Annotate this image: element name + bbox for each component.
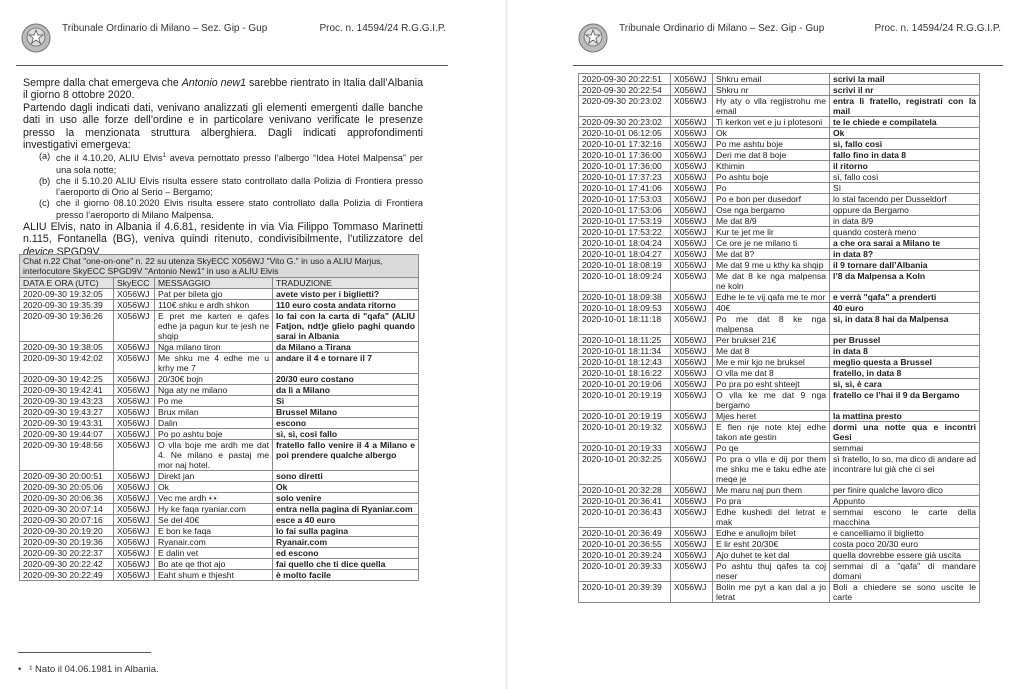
skyecc-id-cell: X056WJ [671, 161, 713, 172]
table-row: 2020-09-30 19:38:05X056WJNga milano tiro… [20, 342, 419, 353]
timestamp-cell: 2020-09-30 19:36:26 [20, 311, 114, 342]
table-row: 2020-10-01 18:12:43X056WJMe e mir kjo ne… [579, 357, 980, 368]
skyecc-id-cell: X056WJ [114, 440, 155, 471]
skyecc-id-cell: X056WJ [671, 411, 713, 422]
translation-cell: e verrà "qafa" a prenderti [830, 292, 980, 303]
table-row: 2020-10-01 18:09:38X056WJEdhe le te vij … [579, 292, 980, 303]
timestamp-cell: 2020-10-01 20:19:33 [579, 443, 671, 454]
italian-republic-emblem-icon [577, 22, 609, 54]
message-cell: Bo ate qe thot ajo [155, 559, 273, 570]
skyecc-id-cell: X056WJ [114, 537, 155, 548]
timestamp-cell: 2020-09-30 19:48:56 [20, 440, 114, 471]
table-row: 2020-10-01 18:11:18X056WJPo me dat 8 ke … [579, 314, 980, 335]
translation-cell: il ritorno [830, 161, 980, 172]
timestamp-cell: 2020-09-30 20:00:51 [20, 471, 114, 482]
timestamp-cell: 2020-10-01 20:19:32 [579, 422, 671, 443]
message-cell: Po pra po esht shteejt [713, 379, 830, 390]
table-header-row: DATA E ORA (UTC) SkyECC MESSAGGIO TRADUZ… [20, 278, 419, 289]
skyecc-id-cell: X056WJ [671, 314, 713, 335]
timestamp-cell: 2020-10-01 18:11:25 [579, 335, 671, 346]
message-cell: Edhe kushedi del letrat e mak [713, 507, 830, 528]
skyecc-id-cell: X056WJ [671, 368, 713, 379]
message-cell: 40€ [713, 303, 830, 314]
skyecc-id-cell: X056WJ [671, 507, 713, 528]
table-caption: Chat n.22 Chat "one-on-one" n. 22 su ute… [20, 255, 419, 278]
table-row: 2020-10-01 18:11:25X056WJPer bruksel 21€… [579, 335, 980, 346]
court-name: Tribunale Ordinario di Milano – Sez. Gip… [62, 23, 267, 34]
translation-cell: dormi una notte qua e incontri Gesi [830, 422, 980, 443]
timestamp-cell: 2020-10-01 06:12:05 [579, 128, 671, 139]
table-row: 2020-10-01 20:39:33X056WJPo ashtu thuj q… [579, 561, 980, 582]
timestamp-cell: 2020-10-01 20:32:28 [579, 485, 671, 496]
table-row: 2020-10-01 20:39:24X056WJAjo duhet te ke… [579, 550, 980, 561]
message-cell: Hy aty o vlla regjistrohu me email [713, 96, 830, 117]
table-row: 2020-09-30 20:22:37X056WJE dalin veted e… [20, 548, 419, 559]
list-item: (b)che il 5.10.20 ALIU Elvis risulta ess… [23, 176, 423, 198]
message-cell: Ok [713, 128, 830, 139]
message-cell: Hy ke faqa ryaniar.com [155, 504, 273, 515]
timestamp-cell: 2020-10-01 18:04:24 [579, 238, 671, 249]
timestamp-cell: 2020-09-30 19:35:39 [20, 300, 114, 311]
translation-cell: in data 8/9 [830, 216, 980, 227]
message-cell: O vlla boje me ardh me dat 4. Ne milano … [155, 440, 273, 471]
table-row: 2020-10-01 20:19:32X056WJE flen nje note… [579, 422, 980, 443]
timestamp-cell: 2020-10-01 17:36:00 [579, 150, 671, 161]
translation-cell: Ryanair.com [273, 537, 419, 548]
timestamp-cell: 2020-09-30 20:07:16 [20, 515, 114, 526]
court-name: Tribunale Ordinario di Milano – Sez. Gip… [619, 23, 824, 34]
skyecc-id-cell: X056WJ [114, 570, 155, 581]
skyecc-id-cell: X056WJ [671, 390, 713, 411]
skyecc-id-cell: X056WJ [671, 582, 713, 603]
skyecc-id-cell: X056WJ [671, 150, 713, 161]
timestamp-cell: 2020-09-30 19:43:27 [20, 407, 114, 418]
skyecc-id-cell: X056WJ [671, 249, 713, 260]
message-cell: Me maru naj pun them [713, 485, 830, 496]
table-row: 2020-10-01 18:11:34X056WJMe dat 8in data… [579, 346, 980, 357]
skyecc-id-cell: X056WJ [671, 139, 713, 150]
timestamp-cell: 2020-10-01 18:12:43 [579, 357, 671, 368]
translation-cell: scrivi il nr [830, 85, 980, 96]
table-row: 2020-09-30 20:19:20X056WJE bon ke faqalo… [20, 526, 419, 537]
message-cell: E lir esht 20/30€ [713, 539, 830, 550]
message-cell: Po me dat 8 ke nga malpensa [713, 314, 830, 335]
table-row: 2020-10-01 20:19:19X056WJMjes heretla ma… [579, 411, 980, 422]
translation-cell: quella dovrebbe essere già uscita [830, 550, 980, 561]
message-cell: Po qe [713, 443, 830, 454]
table-row: 2020-09-30 20:22:54X056WJShkru nrscrivi … [579, 85, 980, 96]
message-cell: Edhe le te vij qafa me te mor [713, 292, 830, 303]
table-row: 2020-10-01 20:19:19X056WJO vlla ke me da… [579, 390, 980, 411]
skyecc-id-cell: X056WJ [114, 300, 155, 311]
translation-cell: Sì [273, 396, 419, 407]
table-row: 2020-10-01 20:32:28X056WJMe maru naj pun… [579, 485, 980, 496]
timestamp-cell: 2020-10-01 18:09:24 [579, 271, 671, 292]
timestamp-cell: 2020-10-01 20:32:25 [579, 454, 671, 485]
page-header: Tribunale Ordinario di Milano – Sez. Gip… [16, 18, 448, 68]
column-header: MESSAGGIO [155, 278, 273, 289]
message-cell: Me shku me 4 edhe me u krhy me 7 [155, 353, 273, 374]
timestamp-cell: 2020-09-30 19:32:05 [20, 289, 114, 300]
table-row: 2020-09-30 20:22:42X056WJBo ate qe thot … [20, 559, 419, 570]
translation-cell: sì fratello, lo so, ma dico di andare ad… [830, 454, 980, 485]
timestamp-cell: 2020-09-30 19:42:41 [20, 385, 114, 396]
table-row: 2020-09-30 20:23:02X056WJHy aty o vlla r… [579, 96, 980, 117]
skyecc-id-cell: X056WJ [671, 561, 713, 582]
timestamp-cell: 2020-10-01 20:19:19 [579, 390, 671, 411]
timestamp-cell: 2020-10-01 20:36:41 [579, 496, 671, 507]
translation-cell: per finire qualche lavoro dico [830, 485, 980, 496]
table-row: 2020-10-01 17:53:03X056WJPo e bon per du… [579, 194, 980, 205]
proceeding-number: Proc. n. 14594/24 R.G.G.I.P. [319, 23, 446, 34]
timestamp-cell: 2020-09-30 19:38:05 [20, 342, 114, 353]
table-row: 2020-09-30 19:43:31X056WJDalinescono [20, 418, 419, 429]
translation-cell: semmai [830, 443, 980, 454]
skyecc-id-cell: X056WJ [114, 353, 155, 374]
message-cell: Po me [155, 396, 273, 407]
timestamp-cell: 2020-09-30 20:22:49 [20, 570, 114, 581]
table-row: 2020-10-01 18:09:53X056WJ40€40 euro [579, 303, 980, 314]
column-header: TRADUZIONE [273, 278, 419, 289]
table-row: 2020-09-30 20:05:06X056WJOkOk [20, 482, 419, 493]
timestamp-cell: 2020-09-30 19:42:02 [20, 353, 114, 374]
translation-cell: semmai escono le carte della macchina [830, 507, 980, 528]
timestamp-cell: 2020-10-01 18:04:27 [579, 249, 671, 260]
timestamp-cell: 2020-10-01 17:53:06 [579, 205, 671, 216]
message-cell: Me dat 8? [713, 249, 830, 260]
skyecc-id-cell: X056WJ [114, 548, 155, 559]
translation-cell: entra lì fratello, registrati con la mai… [830, 96, 980, 117]
skyecc-id-cell: X056WJ [671, 183, 713, 194]
message-cell: Me dat 8 [713, 346, 830, 357]
message-cell: Bolin me pyt a kan dal a jo letrat [713, 582, 830, 603]
list-item: (a)che il 4.10.20, ALIU Elvis1 aveva per… [23, 151, 423, 175]
translation-cell: sono diretti [273, 471, 419, 482]
table-row: 2020-09-30 19:36:26X056WJE pret me karte… [20, 311, 419, 342]
skyecc-id-cell: X056WJ [114, 482, 155, 493]
table-row: 2020-10-01 17:36:00X056WJKthiminil ritor… [579, 161, 980, 172]
table-row: 2020-09-30 19:42:41X056WJNga aty ne mila… [20, 385, 419, 396]
translation-cell: scrivi la mail [830, 74, 980, 85]
translation-cell: l’8 da Malpensa a Koln [830, 271, 980, 292]
translation-cell: avete visto per i biglietti? [273, 289, 419, 300]
table-row: 2020-09-30 19:35:39X056WJ110€ shku e ard… [20, 300, 419, 311]
timestamp-cell: 2020-10-01 18:11:18 [579, 314, 671, 335]
translation-cell: sì, in data 8 hai da Malpensa [830, 314, 980, 335]
table-row: 2020-09-30 20:19:36X056WJRyanair.comRyan… [20, 537, 419, 548]
timestamp-cell: 2020-10-01 20:19:19 [579, 411, 671, 422]
table-row: 2020-10-01 17:36:00X056WJDeri me dat 8 b… [579, 150, 980, 161]
skyecc-id-cell: X056WJ [671, 528, 713, 539]
table-row: 2020-10-01 18:04:27X056WJMe dat 8?in dat… [579, 249, 980, 260]
timestamp-cell: 2020-10-01 17:37:23 [579, 172, 671, 183]
table-row: 2020-10-01 17:41:06X056WJPoSì [579, 183, 980, 194]
skyecc-id-cell: X056WJ [114, 493, 155, 504]
message-cell: Kur te jet me lir [713, 227, 830, 238]
translation-cell: Sì [830, 183, 980, 194]
message-cell: Ose nga bergamo [713, 205, 830, 216]
timestamp-cell: 2020-10-01 20:19:06 [579, 379, 671, 390]
translation-cell: la mattina presto [830, 411, 980, 422]
table-row: 2020-10-01 20:19:06X056WJPo pra po esht … [579, 379, 980, 390]
page-header: Tribunale Ordinario di Milano – Sez. Gip… [573, 18, 1003, 68]
message-cell: Mjes heret [713, 411, 830, 422]
timestamp-cell: 2020-09-30 20:22:42 [20, 559, 114, 570]
skyecc-id-cell: X056WJ [114, 374, 155, 385]
translation-cell: Boli a chiedere se sono uscite le carte [830, 582, 980, 603]
translation-cell: escono [273, 418, 419, 429]
translation-cell: a che ora sarai a Milano te [830, 238, 980, 249]
message-cell: Ce ore je ne milano ti [713, 238, 830, 249]
timestamp-cell: 2020-09-30 20:06:36 [20, 493, 114, 504]
timestamp-cell: 2020-10-01 17:53:22 [579, 227, 671, 238]
table-row: 2020-10-01 17:53:19X056WJMe dat 8/9in da… [579, 216, 980, 227]
skyecc-id-cell: X056WJ [671, 346, 713, 357]
table-row: 2020-10-01 18:16:22X056WJO vlla me dat 8… [579, 368, 980, 379]
skyecc-id-cell: X056WJ [671, 335, 713, 346]
timestamp-cell: 2020-09-30 20:23:02 [579, 117, 671, 128]
message-cell: Me dat 9 me u kthy ka shqip [713, 260, 830, 271]
paragraph-3: ALIU Elvis, nato in Albania il 4.6.81, r… [23, 221, 423, 258]
translation-cell: fai quello che ti dice quella [273, 559, 419, 570]
timestamp-cell: 2020-09-30 20:22:51 [579, 74, 671, 85]
message-cell: Po po ashtu boje [155, 429, 273, 440]
timestamp-cell: 2020-10-01 18:09:53 [579, 303, 671, 314]
table-row: 2020-09-30 19:48:56X056WJO vlla boje me … [20, 440, 419, 471]
findings-list: (a)che il 4.10.20, ALIU Elvis1 aveva per… [23, 151, 423, 220]
translation-cell: esce a 40 euro [273, 515, 419, 526]
skyecc-id-cell: X056WJ [114, 407, 155, 418]
translation-cell: fratello, in data 8 [830, 368, 980, 379]
skyecc-id-cell: X056WJ [671, 216, 713, 227]
message-cell: Po me ashtu boje [713, 139, 830, 150]
column-header: DATA E ORA (UTC) [20, 278, 114, 289]
skyecc-id-cell: X056WJ [671, 85, 713, 96]
message-cell: Po pra [713, 496, 830, 507]
translation-cell: entra nella pagina di Ryaniar.com [273, 504, 419, 515]
table-row: 2020-10-01 18:08:19X056WJMe dat 9 me u k… [579, 260, 980, 271]
timestamp-cell: 2020-09-30 20:22:37 [20, 548, 114, 559]
translation-cell: sì, sì, così fallo [273, 429, 419, 440]
chat-table-left: Chat n.22 Chat "one-on-one" n. 22 su ute… [19, 254, 419, 581]
table-row: 2020-10-01 20:36:41X056WJPo praAppunto [579, 496, 980, 507]
message-cell: Kthimin [713, 161, 830, 172]
header-rule [573, 65, 1003, 66]
skyecc-id-cell: X056WJ [114, 559, 155, 570]
skyecc-id-cell: X056WJ [671, 550, 713, 561]
timestamp-cell: 2020-09-30 19:44:07 [20, 429, 114, 440]
message-cell: 110€ shku e ardh shkon [155, 300, 273, 311]
table-row: 2020-09-30 19:32:05X056WJPat per bileta … [20, 289, 419, 300]
translation-cell: fratello fallo venire il 4 a Milano e po… [273, 440, 419, 471]
skyecc-id-cell: X056WJ [671, 128, 713, 139]
skyecc-id-cell: X056WJ [114, 289, 155, 300]
timestamp-cell: 2020-10-01 17:53:03 [579, 194, 671, 205]
timestamp-cell: 2020-09-30 20:07:14 [20, 504, 114, 515]
message-cell: Ajo duhet te ket dal [713, 550, 830, 561]
message-cell: Po ashtu thuj qafes ta coj neser [713, 561, 830, 582]
table-row: 2020-10-01 17:32:16X056WJPo me ashtu boj… [579, 139, 980, 150]
message-cell: Me e mir kjo ne bruksel [713, 357, 830, 368]
skyecc-id-cell: X056WJ [671, 117, 713, 128]
table-row: 2020-10-01 20:36:43X056WJEdhe kushedi de… [579, 507, 980, 528]
chat-table-right: 2020-09-30 20:22:51X056WJShkru emailscri… [578, 73, 980, 603]
table-row: 2020-10-01 20:36:49X056WJEdhe e anullojm… [579, 528, 980, 539]
skyecc-id-cell: X056WJ [114, 385, 155, 396]
translation-cell: semmai di a "qafa" di mandare domani [830, 561, 980, 582]
skyecc-id-cell: X056WJ [671, 227, 713, 238]
timestamp-cell: 2020-09-30 19:43:31 [20, 418, 114, 429]
skyecc-id-cell: X056WJ [671, 379, 713, 390]
timestamp-cell: 2020-10-01 20:36:49 [579, 528, 671, 539]
translation-cell: andare il 4 e tornare il 7 [273, 353, 419, 374]
translation-cell: lo fai sulla pagina [273, 526, 419, 537]
table-row: 2020-09-30 19:44:07X056WJPo po ashtu boj… [20, 429, 419, 440]
table-row: 2020-09-30 20:22:49X056WJEaht shum e thj… [20, 570, 419, 581]
translation-cell: in data 8? [830, 249, 980, 260]
translation-cell: solo venire [273, 493, 419, 504]
table-row: 2020-10-01 20:39:39X056WJBolin me pyt a … [579, 582, 980, 603]
message-cell: Dalin [155, 418, 273, 429]
message-cell: E flen nje note ktej edhe takon ate gest… [713, 422, 830, 443]
timestamp-cell: 2020-09-30 20:19:20 [20, 526, 114, 537]
timestamp-cell: 2020-10-01 18:16:22 [579, 368, 671, 379]
skyecc-id-cell: X056WJ [671, 357, 713, 368]
table-row: 2020-10-01 17:37:23X056WJPo ashtu bojesì… [579, 172, 980, 183]
translation-cell: il 9 tornare dall’Albania [830, 260, 980, 271]
translation-cell: 110 euro costa andata ritorno [273, 300, 419, 311]
timestamp-cell: 2020-10-01 20:39:24 [579, 550, 671, 561]
translation-cell: lo stai facendo per Dusseldorf [830, 194, 980, 205]
column-header: SkyECC [114, 278, 155, 289]
message-cell: Po pra o vlla e dij por them me shku me … [713, 454, 830, 485]
timestamp-cell: 2020-09-30 20:19:36 [20, 537, 114, 548]
table-row: 2020-09-30 20:23:02X056WJTi kerkon vet e… [579, 117, 980, 128]
message-cell: O vlla me dat 8 [713, 368, 830, 379]
translation-cell: sì, fallo così [830, 139, 980, 150]
message-cell: Ti kerkon vet e ju i plotesoni [713, 117, 830, 128]
translation-cell: 40 euro [830, 303, 980, 314]
skyecc-id-cell: X056WJ [114, 526, 155, 537]
message-cell: E bon ke faqa [155, 526, 273, 537]
translation-cell: è molto facile [273, 570, 419, 581]
timestamp-cell: 2020-09-30 20:05:06 [20, 482, 114, 493]
table-row: 2020-09-30 19:43:27X056WJBrux milanBruss… [20, 407, 419, 418]
footnote: • ¹ Nato il 04.06.1981 in Albania. [18, 664, 159, 675]
message-cell: Edhe e anullojm bilet [713, 528, 830, 539]
message-cell: Shkru email [713, 74, 830, 85]
timestamp-cell: 2020-09-30 20:22:54 [579, 85, 671, 96]
message-cell: Nga aty ne milano [155, 385, 273, 396]
document-page-left: Tribunale Ordinario di Milano – Sez. Gip… [0, 0, 505, 689]
table-row: 2020-10-01 18:04:24X056WJCe ore je ne mi… [579, 238, 980, 249]
skyecc-id-cell: X056WJ [671, 539, 713, 550]
message-cell: Vec me ardh 👀 [155, 493, 273, 504]
timestamp-cell: 2020-09-30 19:43:23 [20, 396, 114, 407]
translation-cell: fratello ce l’hai il 9 da Bergamo [830, 390, 980, 411]
message-cell: Ryanair.com [155, 537, 273, 548]
message-cell: Per bruksel 21€ [713, 335, 830, 346]
footnote-rule [18, 652, 151, 653]
translation-cell: da Milano a Tirana [273, 342, 419, 353]
timestamp-cell: 2020-09-30 20:23:02 [579, 96, 671, 117]
skyecc-id-cell: X056WJ [114, 311, 155, 342]
table-row: 2020-09-30 20:06:36X056WJVec me ardh 👀so… [20, 493, 419, 504]
skyecc-id-cell: X056WJ [671, 96, 713, 117]
paragraph-2: Partendo dagli indicati dati, venivano a… [23, 102, 423, 152]
skyecc-id-cell: X056WJ [114, 418, 155, 429]
message-cell: Nga milano tiron [155, 342, 273, 353]
timestamp-cell: 2020-10-01 17:32:16 [579, 139, 671, 150]
header-rule [16, 65, 448, 66]
skyecc-id-cell: X056WJ [114, 471, 155, 482]
table-row: 2020-09-30 19:43:23X056WJPo meSì [20, 396, 419, 407]
skyecc-id-cell: X056WJ [114, 429, 155, 440]
translation-cell: in data 8 [830, 346, 980, 357]
body-text: Sempre dalla chat emergeva che Antonio n… [23, 77, 423, 270]
message-cell: Eaht shum e thjesht [155, 570, 273, 581]
translation-cell: ed escono [273, 548, 419, 559]
table-row: 2020-10-01 17:53:22X056WJKur te jet me l… [579, 227, 980, 238]
message-cell: Deri me dat 8 boje [713, 150, 830, 161]
skyecc-id-cell: X056WJ [671, 422, 713, 443]
translation-cell: Ok [273, 482, 419, 493]
table-row: 2020-10-01 06:12:05X056WJOkOk [579, 128, 980, 139]
table-row: 2020-09-30 20:00:51X056WJDirekt jansono … [20, 471, 419, 482]
message-cell: Me dat 8 ke nga malpensa ne koln [713, 271, 830, 292]
timestamp-cell: 2020-10-01 18:11:34 [579, 346, 671, 357]
table-row: 2020-10-01 20:36:55X056WJE lir esht 20/3… [579, 539, 980, 550]
table-row: 2020-09-30 20:22:51X056WJShkru emailscri… [579, 74, 980, 85]
timestamp-cell: 2020-10-01 20:39:33 [579, 561, 671, 582]
skyecc-id-cell: X056WJ [671, 443, 713, 454]
paragraph-1: Sempre dalla chat emergeva che Antonio n… [23, 77, 423, 102]
translation-cell: te le chiede e compilatela [830, 117, 980, 128]
message-cell: Po e bon per dusedorf [713, 194, 830, 205]
skyecc-id-cell: X056WJ [671, 205, 713, 216]
message-cell: O vlla ke me dat 9 nga bergamo [713, 390, 830, 411]
message-cell: 20/30€ bojn [155, 374, 273, 385]
italian-republic-emblem-icon [20, 22, 52, 54]
translation-cell: sì, fallo così [830, 172, 980, 183]
message-cell: Direkt jan [155, 471, 273, 482]
skyecc-id-cell: X056WJ [671, 496, 713, 507]
timestamp-cell: 2020-10-01 17:53:19 [579, 216, 671, 227]
translation-cell: fallo fino in data 8 [830, 150, 980, 161]
message-cell: Po ashtu boje [713, 172, 830, 183]
table-caption-row: Chat n.22 Chat "one-on-one" n. 22 su ute… [20, 255, 419, 278]
translation-cell: 20/30 euro costano [273, 374, 419, 385]
skyecc-id-cell: X056WJ [671, 292, 713, 303]
table-row: 2020-09-30 20:07:16X056WJSe del 40€esce … [20, 515, 419, 526]
timestamp-cell: 2020-10-01 20:36:43 [579, 507, 671, 528]
skyecc-id-cell: X056WJ [671, 271, 713, 292]
table-row: 2020-10-01 20:19:33X056WJPo qesemmai [579, 443, 980, 454]
message-cell: E dalin vet [155, 548, 273, 559]
skyecc-id-cell: X056WJ [671, 238, 713, 249]
translation-cell: meglio questa a Brussel [830, 357, 980, 368]
message-cell: Ok [155, 482, 273, 493]
translation-cell: Ok [830, 128, 980, 139]
skyecc-id-cell: X056WJ [114, 504, 155, 515]
skyecc-id-cell: X056WJ [671, 74, 713, 85]
message-cell: Me dat 8/9 [713, 216, 830, 227]
message-cell: Se del 40€ [155, 515, 273, 526]
message-cell: Po [713, 183, 830, 194]
translation-cell: Brussel Milano [273, 407, 419, 418]
table-row: 2020-09-30 19:42:02X056WJMe shku me 4 ed… [20, 353, 419, 374]
skyecc-id-cell: X056WJ [671, 194, 713, 205]
